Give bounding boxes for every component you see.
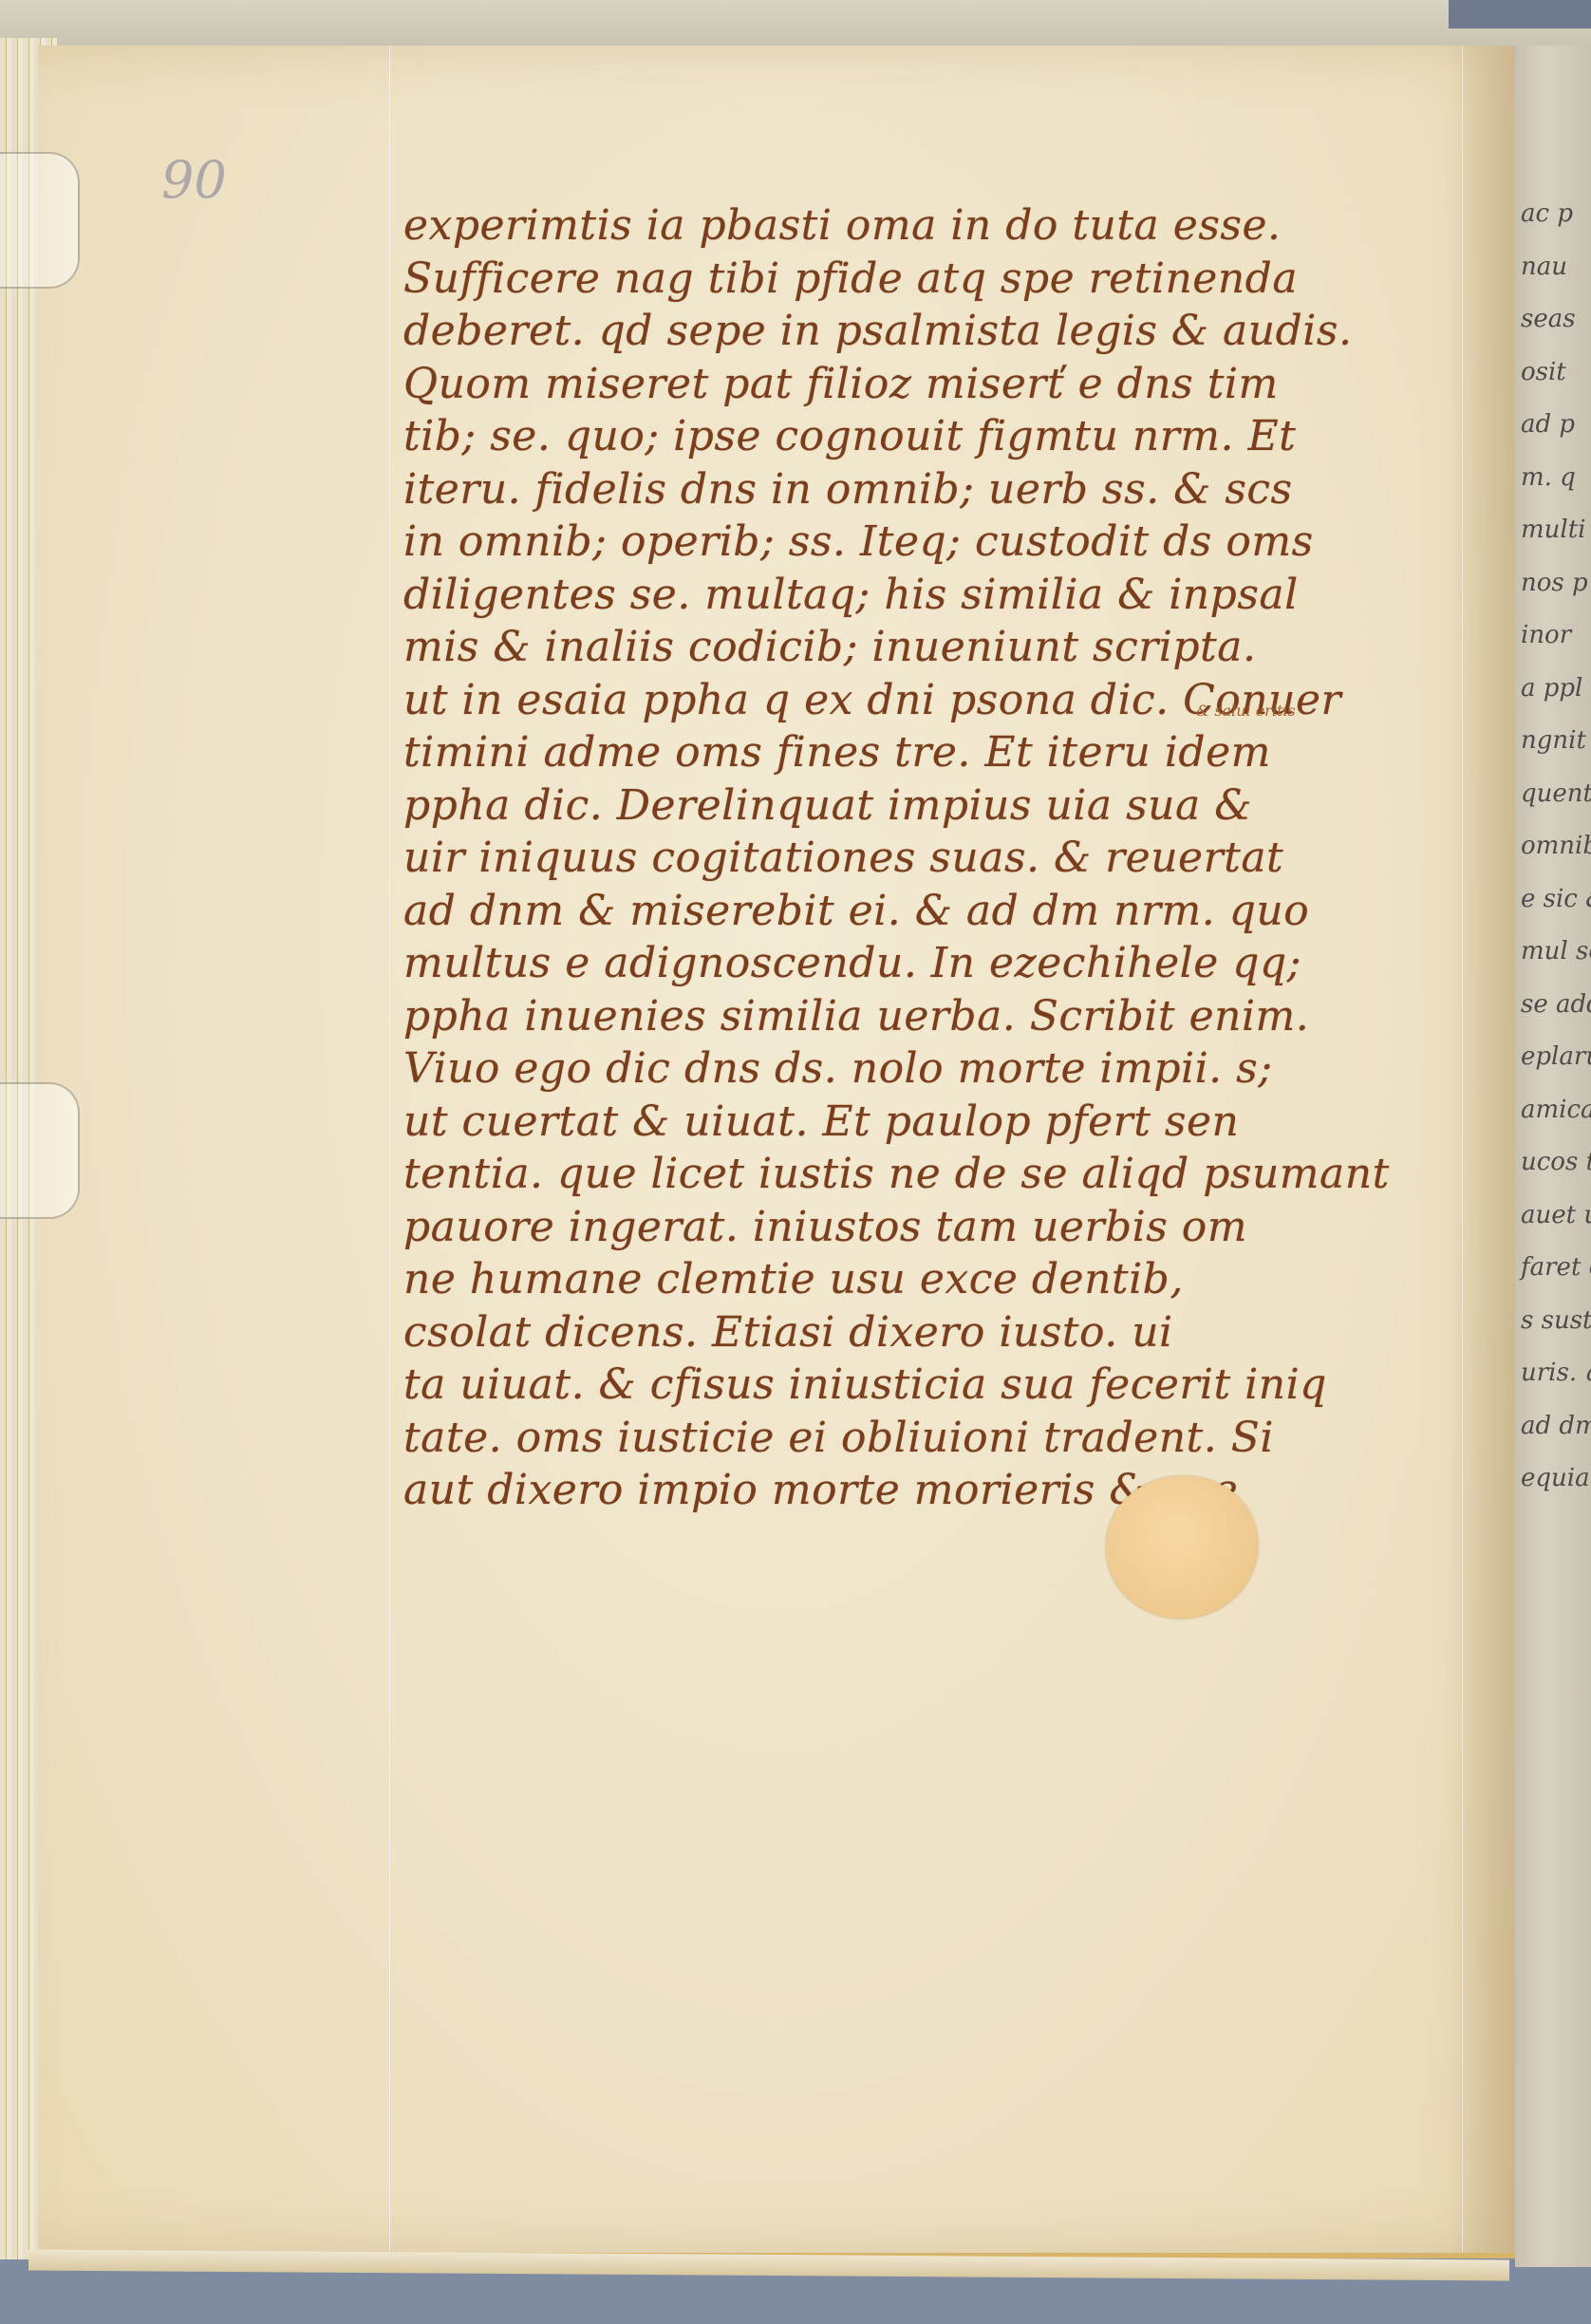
parchment-hole [1106,1476,1258,1619]
text-line: csolat dicens. Etiasi dixero iusto. ui [403,1306,1486,1359]
facing-text: a ppl [1515,663,1591,716]
clasp-top [0,152,80,289]
facing-page-strip: ac p nau seas osit ad p m. q multi nos p… [1515,46,1591,2267]
facing-text: nos p [1515,557,1591,610]
facing-text: ad dm clan [1515,1400,1591,1453]
ruling-line-left [389,46,390,2253]
text-line: pauore ingerat. iniustos tam uerbis om [403,1201,1486,1254]
text-line: ad dnm & miserebit ei. & ad dm nrm. quo [403,885,1486,938]
facing-text: osit [1515,347,1591,400]
text-line: Quom miseret pat filioz miserť e dns tim [403,358,1486,411]
facing-text: ac p [1515,188,1591,241]
folio-number: 90 [161,150,227,210]
facing-text: amica ds [1515,1084,1591,1137]
text-line: ut cuertat & uiuat. Et paulop pfert sen [403,1096,1486,1149]
facing-text: nau [1515,241,1591,294]
facing-text: se addo [1515,979,1591,1032]
facing-text: eplaru f [1515,1031,1591,1084]
text-line: timini adme oms fines tre. Et iteru idem [403,726,1486,779]
text-line: uir iniquus cogitationes suas. & reuerta… [403,832,1486,885]
text-line: ppha inuenies similia uerba. Scribit eni… [403,990,1486,1043]
text-line: tib; se. quo; ipse cognouit figmtu nrm. … [403,410,1486,463]
facing-text: inor [1515,609,1591,663]
text-line: tate. oms iusticie ei obliuioni tradent.… [403,1412,1486,1465]
text-line: diligentes se. multaq; his similia & inp… [403,569,1486,622]
interlinear-gloss: & salui eritis [1196,702,1296,720]
text-line: mis & inaliis codicib; inueniunt scripta… [403,621,1486,674]
facing-text: e sic & [1515,873,1591,927]
facing-text: m. q [1515,452,1591,505]
text-line: tentia. que licet iustis ne de se aliqd … [403,1148,1486,1201]
facing-text: ucos tu [1515,1136,1591,1190]
facing-text: s sustin [1515,1295,1591,1348]
text-line: ta uiuat. & cfisus iniusticia sua feceri… [403,1359,1486,1412]
clasp-bottom [0,1082,80,1219]
text-line: in omnib; operib; ss. Iteq; custodit ds … [403,515,1486,569]
text-line: ppha dic. Derelinquat impius uia sua & [403,779,1486,833]
text-line: experimtis ia pbasti oma in do tuta esse… [403,199,1486,253]
book-top-edge [0,0,1591,46]
text-line: aut dixero impio morte morieris & ege [403,1464,1486,1517]
facing-text: uris. qd ua [1515,1347,1591,1400]
facing-text: ad p [1515,399,1591,452]
facing-text: equia sit c [1515,1452,1591,1506]
text-line: iteru. fidelis dns in omnib; uerb ss. & … [403,463,1486,516]
facing-text: seas [1515,293,1591,347]
text-column: experimtis ia pbasti oma in do tuta esse… [403,199,1486,1517]
text-line: multus e adignoscendu. In ezechihele qq; [403,937,1486,990]
text-line: deberet. qd sepe in psalmista legis & au… [403,305,1486,358]
facing-text: multi [1515,504,1591,557]
text-line: ut in esaia ppha q ex dni psona dic. Con… [403,674,1486,727]
text-line: ne humane clemtie usu exce dentib, [403,1253,1486,1306]
facing-text: auet u [1515,1190,1591,1243]
text-line: Sufficere nag tibi pfide atq spe retinen… [403,253,1486,306]
text-line: Viuo ego dic dns ds. nolo morte impii. s… [403,1042,1486,1096]
gutter-shadow [1449,46,1515,2253]
facing-text: quent [1515,768,1591,821]
facing-text: mul ser [1515,926,1591,979]
facing-text: faret cu [1515,1242,1591,1295]
background-corner [1449,0,1591,28]
facing-text: omnib. [1515,820,1591,873]
facing-text: ngnit [1515,715,1591,768]
